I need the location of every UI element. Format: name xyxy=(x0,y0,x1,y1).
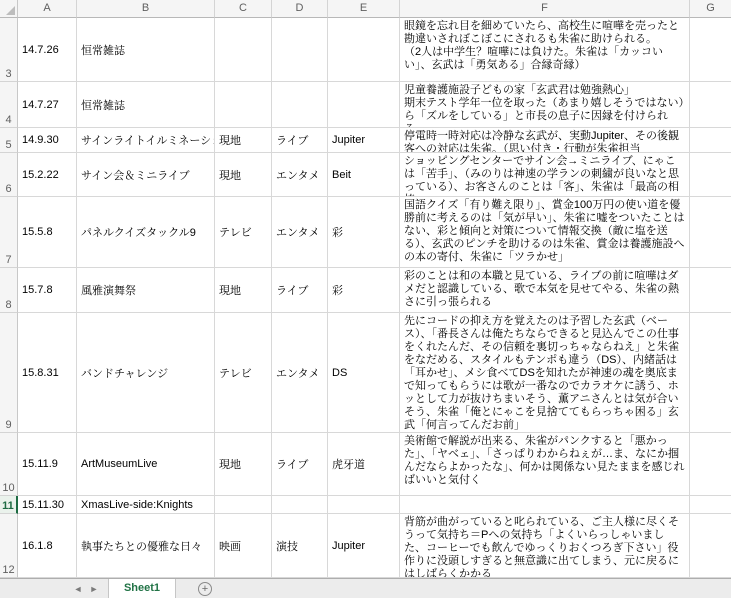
cell-A9[interactable]: 15.8.31 xyxy=(18,313,77,433)
cell-A8[interactable]: 15.7.8 xyxy=(18,268,77,313)
table-row: 1216.1.8執事たちとの優雅な日々映画演技Jupiter背筋が曲がっていると… xyxy=(0,514,731,578)
cell-E4[interactable] xyxy=(328,82,400,128)
cell-F10[interactable]: 美術館で解説が出来る、朱雀がパンクすると「悪かった」、「ヤベェ」、「さっぱりわか… xyxy=(400,433,690,496)
select-all-triangle-icon xyxy=(6,6,15,15)
column-header-G[interactable]: G xyxy=(690,0,731,18)
cell-G9[interactable] xyxy=(690,313,731,433)
add-sheet-button[interactable]: + xyxy=(198,582,212,596)
cell-E7[interactable]: 彩 xyxy=(328,197,400,268)
cell-D9[interactable]: エンタメ xyxy=(272,313,328,433)
worksheet-grid: A B C D E F G 314.7.26恒常雑誌眼鏡を忘れ目を細めていたら、… xyxy=(0,0,731,578)
column-header-C[interactable]: C xyxy=(215,0,272,18)
cell-A5[interactable]: 14.9.30 xyxy=(18,128,77,153)
row-header-5[interactable]: 5 xyxy=(0,128,18,153)
cell-E9[interactable]: DS xyxy=(328,313,400,433)
cell-B6[interactable]: サイン会＆ミニライブ xyxy=(77,153,215,197)
cell-F9[interactable]: 先にコードの抑え方を覚えたのは予習した玄武（ベース）、「番長さんは俺たちならでき… xyxy=(400,313,690,433)
cell-G12[interactable] xyxy=(690,514,731,578)
table-row: 815.7.8風雅演舞祭現地ライブ彩彩のことは和の本職と見ている、ライブの前に喧… xyxy=(0,268,731,313)
cell-D8[interactable]: ライブ xyxy=(272,268,328,313)
cell-C5[interactable]: 現地 xyxy=(215,128,272,153)
cell-F8[interactable]: 彩のことは和の本職と見ている、ライブの前に喧嘩はダメだと認識している、歌で本気を… xyxy=(400,268,690,313)
table-row: 1115.11.30XmasLive-side:Knights xyxy=(0,496,731,514)
column-header-B[interactable]: B xyxy=(77,0,215,18)
cell-E10[interactable]: 虎牙道 xyxy=(328,433,400,496)
cell-G10[interactable] xyxy=(690,433,731,496)
cell-A3[interactable]: 14.7.26 xyxy=(18,18,77,82)
cell-B11[interactable]: XmasLive-side:Knights xyxy=(77,496,215,514)
cell-E5[interactable]: Jupiter xyxy=(328,128,400,153)
tab-bar-spacer xyxy=(0,579,70,598)
row-header-7[interactable]: 7 xyxy=(0,197,18,268)
cell-F5[interactable]: 停電時一時対応は冷静な玄武が、実動Jupiter、その後観客への対応は朱雀。（思… xyxy=(400,128,690,153)
cell-C12[interactable]: 映画 xyxy=(215,514,272,578)
cell-D5[interactable]: ライブ xyxy=(272,128,328,153)
cell-C4[interactable] xyxy=(215,82,272,128)
plus-icon: + xyxy=(202,584,208,595)
prev-sheet-arrow-icon[interactable]: ◄ xyxy=(70,579,86,598)
cell-A12[interactable]: 16.1.8 xyxy=(18,514,77,578)
column-header-A[interactable]: A xyxy=(18,0,77,18)
table-row: 314.7.26恒常雑誌眼鏡を忘れ目を細めていたら、高校生に喧嘩を売ったと勘違い… xyxy=(0,18,731,82)
cell-A10[interactable]: 15.11.9 xyxy=(18,433,77,496)
cell-G3[interactable] xyxy=(690,18,731,82)
cell-B9[interactable]: バンドチャレンジ xyxy=(77,313,215,433)
column-header-D[interactable]: D xyxy=(272,0,328,18)
cell-C9[interactable]: テレビ xyxy=(215,313,272,433)
cell-A4[interactable]: 14.7.27 xyxy=(18,82,77,128)
cell-D3[interactable] xyxy=(272,18,328,82)
cell-C3[interactable] xyxy=(215,18,272,82)
column-header-row: A B C D E F G xyxy=(0,0,731,18)
table-row: 915.8.31バンドチャレンジテレビエンタメDS先にコードの抑え方を覚えたのは… xyxy=(0,313,731,433)
sheet-tab-sheet1[interactable]: Sheet1 xyxy=(108,579,176,598)
cell-G5[interactable] xyxy=(690,128,731,153)
next-sheet-arrow-icon[interactable]: ► xyxy=(86,579,102,598)
table-row: 715.5.8パネルクイズタックル9テレビエンタメ彩国語クイズ「有り難え限り」、… xyxy=(0,197,731,268)
cell-G8[interactable] xyxy=(690,268,731,313)
cell-E8[interactable]: 彩 xyxy=(328,268,400,313)
cell-A11[interactable]: 15.11.30 xyxy=(18,496,77,514)
cell-F6[interactable]: ショッピングセンターでサイン会→ミニライブ、にゃこは「苦手」、（みのりは神速の学… xyxy=(400,153,690,197)
cell-G7[interactable] xyxy=(690,197,731,268)
row-header-8[interactable]: 8 xyxy=(0,268,18,313)
cell-C8[interactable]: 現地 xyxy=(215,268,272,313)
cell-B8[interactable]: 風雅演舞祭 xyxy=(77,268,215,313)
cell-E3[interactable] xyxy=(328,18,400,82)
cell-G6[interactable] xyxy=(690,153,731,197)
cell-D7[interactable]: エンタメ xyxy=(272,197,328,268)
cell-B5[interactable]: サインライトイルミネーション xyxy=(77,128,215,153)
cell-G4[interactable] xyxy=(690,82,731,128)
table-row: 615.2.22サイン会＆ミニライブ現地エンタメBeitショッピングセンターでサ… xyxy=(0,153,731,197)
cell-B4[interactable]: 恒常雑誌 xyxy=(77,82,215,128)
cell-B3[interactable]: 恒常雑誌 xyxy=(77,18,215,82)
row-header-11[interactable]: 11 xyxy=(0,496,18,514)
cell-C10[interactable]: 現地 xyxy=(215,433,272,496)
cell-D4[interactable] xyxy=(272,82,328,128)
row-header-4[interactable]: 4 xyxy=(0,82,18,128)
sheet-rows: 314.7.26恒常雑誌眼鏡を忘れ目を細めていたら、高校生に喧嘩を売ったと勘違い… xyxy=(0,18,731,578)
cell-D10[interactable]: ライブ xyxy=(272,433,328,496)
table-row: 514.9.30サインライトイルミネーション現地ライブJupiter停電時一時対… xyxy=(0,128,731,153)
row-header-9[interactable]: 9 xyxy=(0,313,18,433)
cell-F4[interactable]: 児童養護施設子どもの家「玄武君は勉強熱心」 期末テスト学年一位を取った（あまり嬉… xyxy=(400,82,690,128)
cell-E11[interactable] xyxy=(328,496,400,514)
row-header-12[interactable]: 12 xyxy=(0,514,18,578)
row-header-6[interactable]: 6 xyxy=(0,153,18,197)
column-header-E[interactable]: E xyxy=(328,0,400,18)
select-all-button[interactable] xyxy=(0,0,18,18)
cell-D11[interactable] xyxy=(272,496,328,514)
sheet-tab-bar: ◄ ► Sheet1 + xyxy=(0,578,731,598)
cell-B12[interactable]: 執事たちとの優雅な日々 xyxy=(77,514,215,578)
cell-A6[interactable]: 15.2.22 xyxy=(18,153,77,197)
cell-E6[interactable]: Beit xyxy=(328,153,400,197)
row-header-3[interactable]: 3 xyxy=(0,18,18,82)
cell-A7[interactable]: 15.5.8 xyxy=(18,197,77,268)
cell-F11[interactable] xyxy=(400,496,690,514)
cell-D12[interactable]: 演技 xyxy=(272,514,328,578)
cell-B7[interactable]: パネルクイズタックル9 xyxy=(77,197,215,268)
cell-F7[interactable]: 国語クイズ「有り難え限り」、賞金100万円の使い道を優勝前に考えるのは「気が早い… xyxy=(400,197,690,268)
cell-C6[interactable]: 現地 xyxy=(215,153,272,197)
cell-D6[interactable]: エンタメ xyxy=(272,153,328,197)
table-row: 414.7.27恒常雑誌児童養護施設子どもの家「玄武君は勉強熱心」 期末テスト学… xyxy=(0,82,731,128)
row-header-10[interactable]: 10 xyxy=(0,433,18,496)
cell-B10[interactable]: ArtMuseumLive xyxy=(77,433,215,496)
cell-E12[interactable]: Jupiter xyxy=(328,514,400,578)
cell-G11[interactable] xyxy=(690,496,731,514)
cell-C11[interactable] xyxy=(215,496,272,514)
column-header-F[interactable]: F xyxy=(400,0,690,18)
cell-C7[interactable]: テレビ xyxy=(215,197,272,268)
table-row: 1015.11.9ArtMuseumLive現地ライブ虎牙道美術館で解説が出来る… xyxy=(0,433,731,496)
spreadsheet-app: A B C D E F G 314.7.26恒常雑誌眼鏡を忘れ目を細めていたら、… xyxy=(0,0,731,598)
cell-F3[interactable]: 眼鏡を忘れ目を細めていたら、高校生に喧嘩を売ったと勘違いされぼこぼこにされるも朱… xyxy=(400,18,690,82)
cell-F12[interactable]: 背筋が曲がっていると叱られている、ご主人様に尽くそうって気持ち＝Pへの気持ち「よ… xyxy=(400,514,690,578)
